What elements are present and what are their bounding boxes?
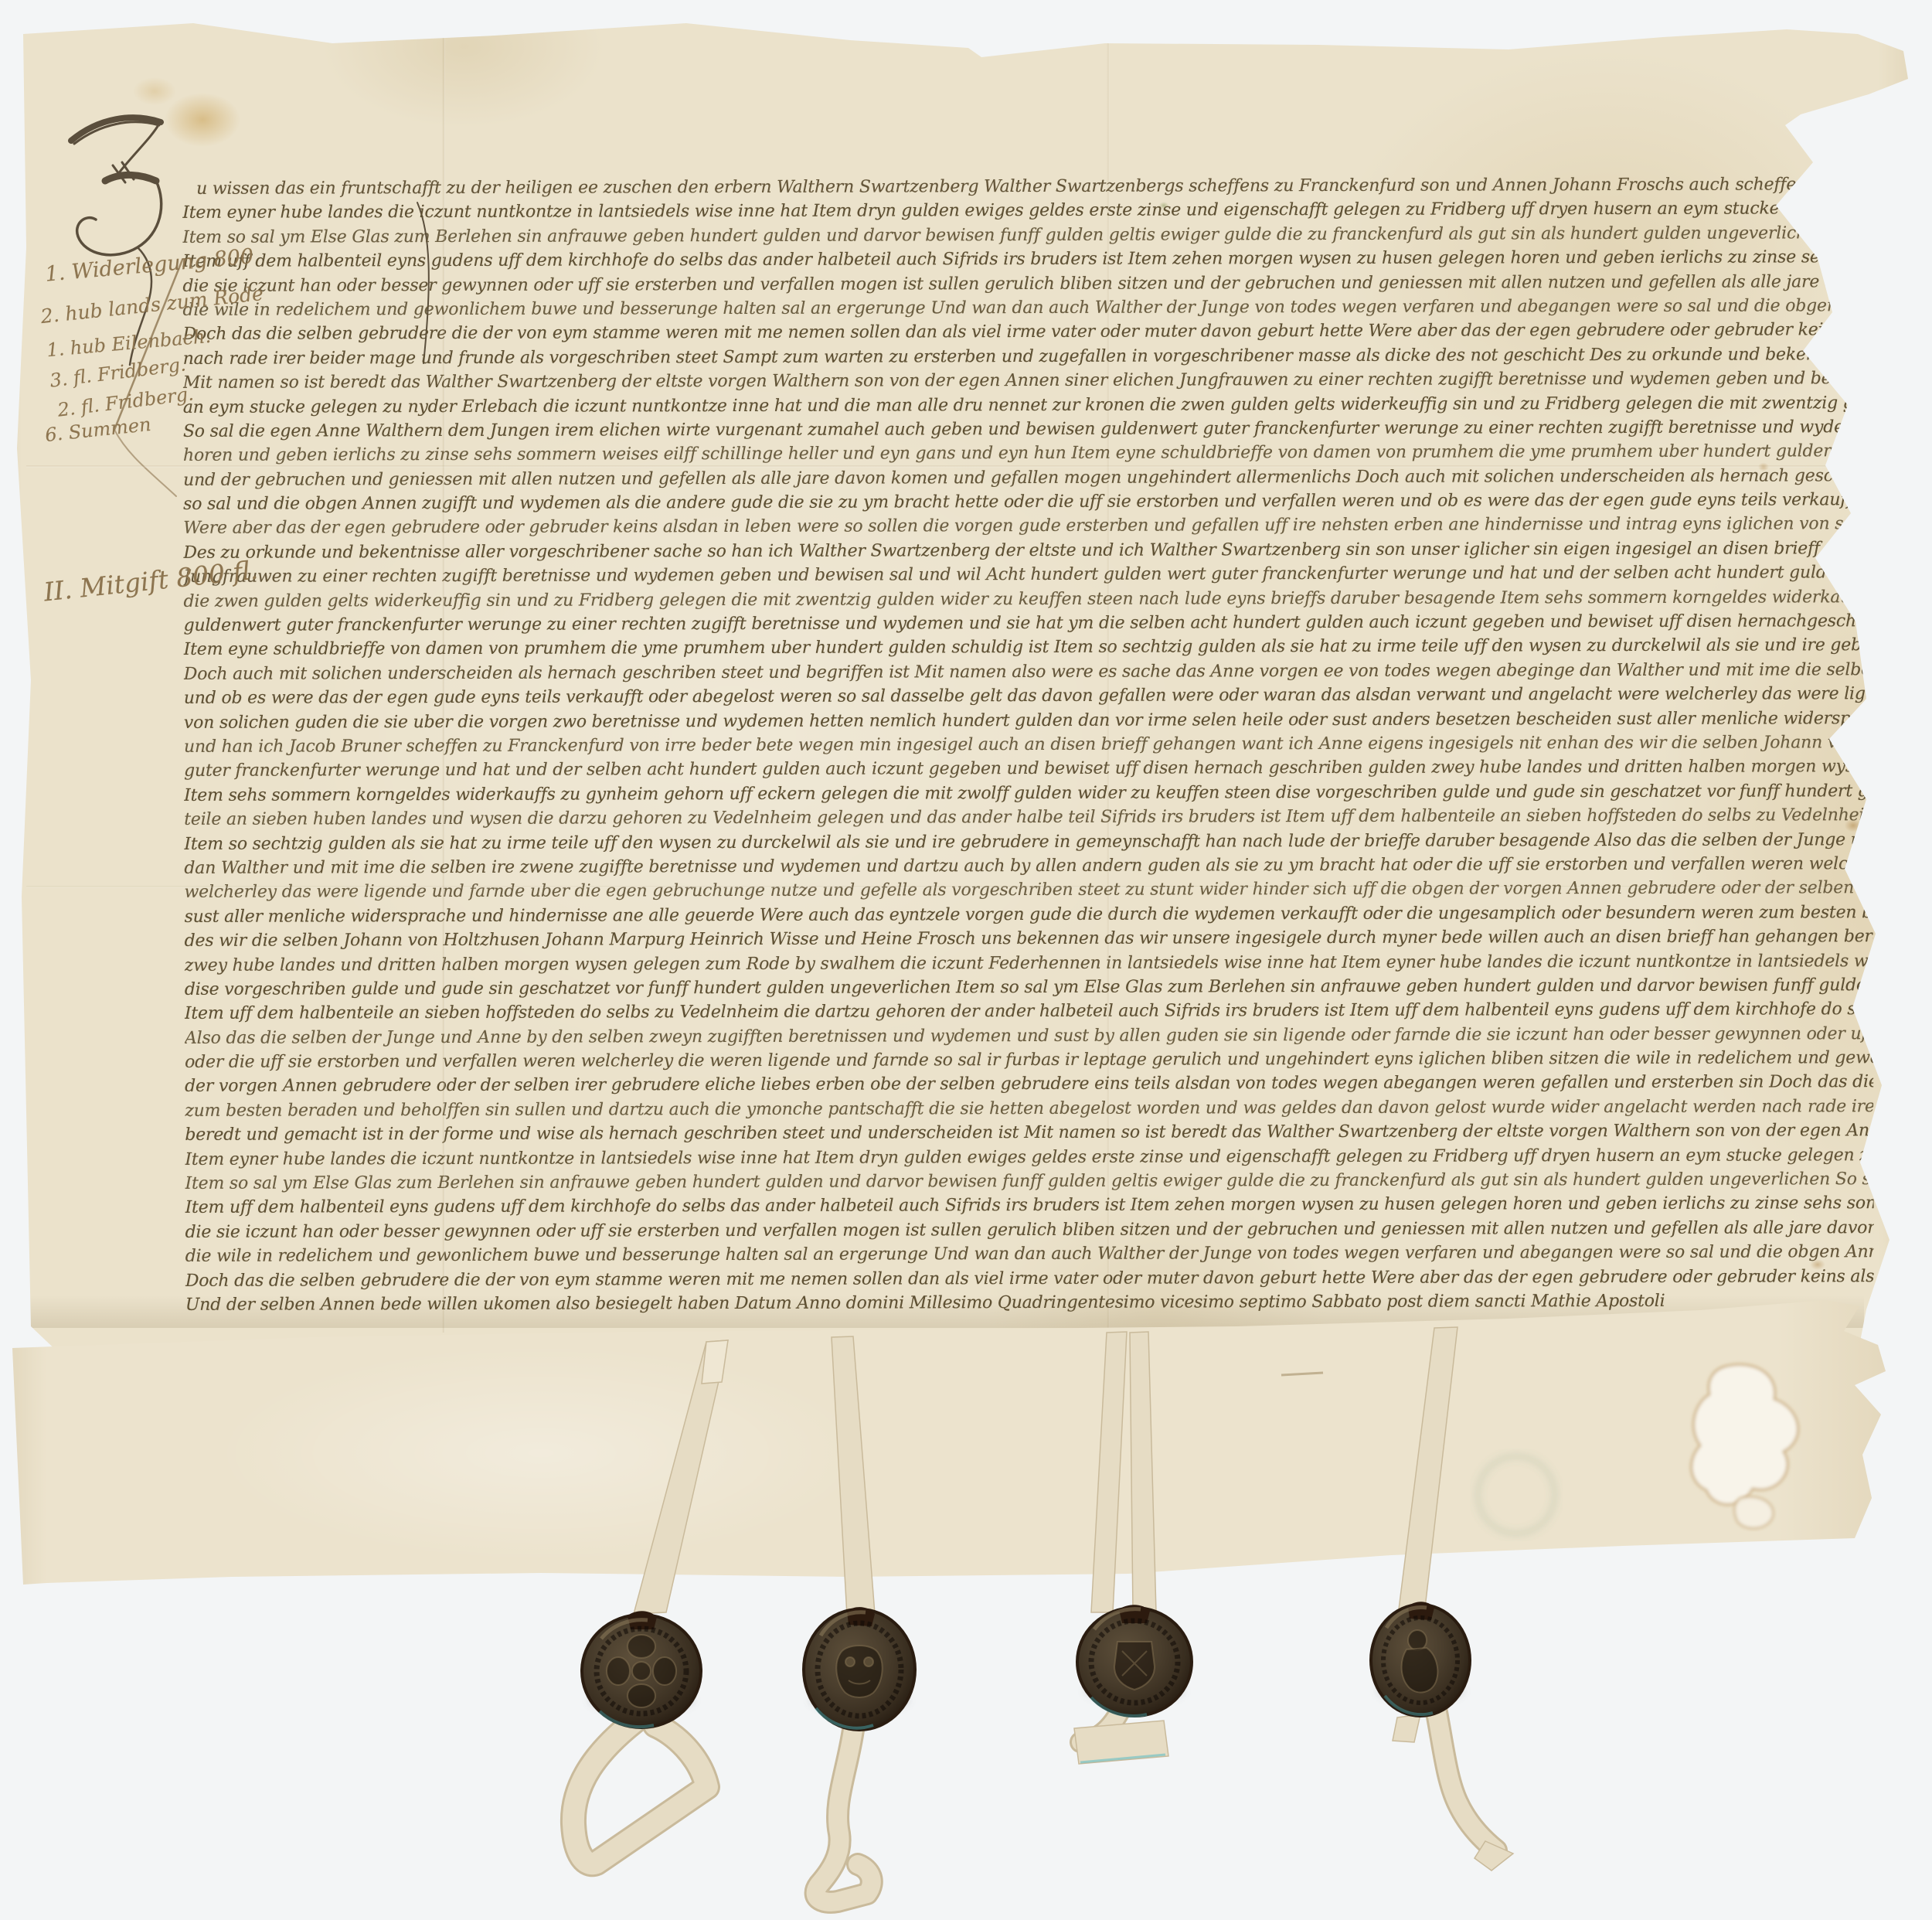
seal-strap (1080, 1707, 1122, 1742)
manuscript-line: u wissen das ein fruntschafft zu der hei… (182, 172, 1871, 201)
manuscript-line: die zwen gulden gelts widerkeuffig sin u… (183, 585, 1872, 614)
parchment-damage-patch (1692, 1364, 1798, 1528)
seal-strap-loop (573, 1716, 707, 1864)
manuscript-line: Und der selben Annen bede willen ukomen … (185, 1289, 1874, 1317)
wax-seal-2 (804, 1607, 915, 1730)
manuscript-line: zwey hube landes und dritten halben morg… (185, 949, 1873, 978)
manuscript-line: Mit namen so ist beredt das Walther Swar… (183, 366, 1872, 395)
manuscript-line: und der gebruchen und geniessen mit alle… (183, 464, 1872, 492)
faint-stamp (1478, 1456, 1555, 1534)
seal-strap (816, 1730, 872, 1902)
manuscript-line: und ob es were das der egen gude eyns te… (184, 682, 1872, 710)
photograph-of-charter: u wissen das ein fruntschafft zu der hei… (0, 0, 1932, 1920)
wax-seal-3 (1077, 1605, 1192, 1716)
parchment-sheet: u wissen das ein fruntschafft zu der hei… (0, 0, 1932, 1920)
manuscript-line: guter franckenfurter werunge und hat und… (184, 755, 1872, 784)
empty-tag-slit (1281, 1373, 1323, 1375)
seal-strap-tab (1393, 1714, 1420, 1742)
manuscript-line: die wile in redelichem und gewonlichem b… (182, 294, 1871, 322)
manuscript-line: teile an sieben huben landes und wysen d… (184, 803, 1872, 832)
manuscript-line: Item so sal ym Else Glas zum Berlehen si… (182, 221, 1871, 250)
wax-seal-4 (1371, 1602, 1470, 1716)
manuscript-line: welcherley das were ligende und farnde u… (184, 876, 1872, 904)
wax-seal-1 (582, 1611, 701, 1728)
manuscript-line: oder die uff sie erstorben und verfallen… (185, 1046, 1873, 1074)
manuscript-line: Were aber das der egen gebrudere oder ge… (183, 512, 1872, 541)
seal-strap (1436, 1708, 1496, 1850)
manuscript-line: Item so sal ym Else Glas zum Berlehen si… (185, 1167, 1873, 1196)
manuscript-text: u wissen das ein fruntschafft zu der hei… (182, 172, 1874, 1325)
seal-strap-tab (1074, 1721, 1168, 1764)
manuscript-line: die wile in redelichem und gewonlichem b… (185, 1240, 1874, 1268)
manuscript-line: zum besten beraden und beholffen sin sul… (185, 1094, 1873, 1123)
seal-strap-tab (1475, 1841, 1513, 1871)
manuscript-line: Doch auch mit solichen underscheiden als… (184, 658, 1872, 686)
